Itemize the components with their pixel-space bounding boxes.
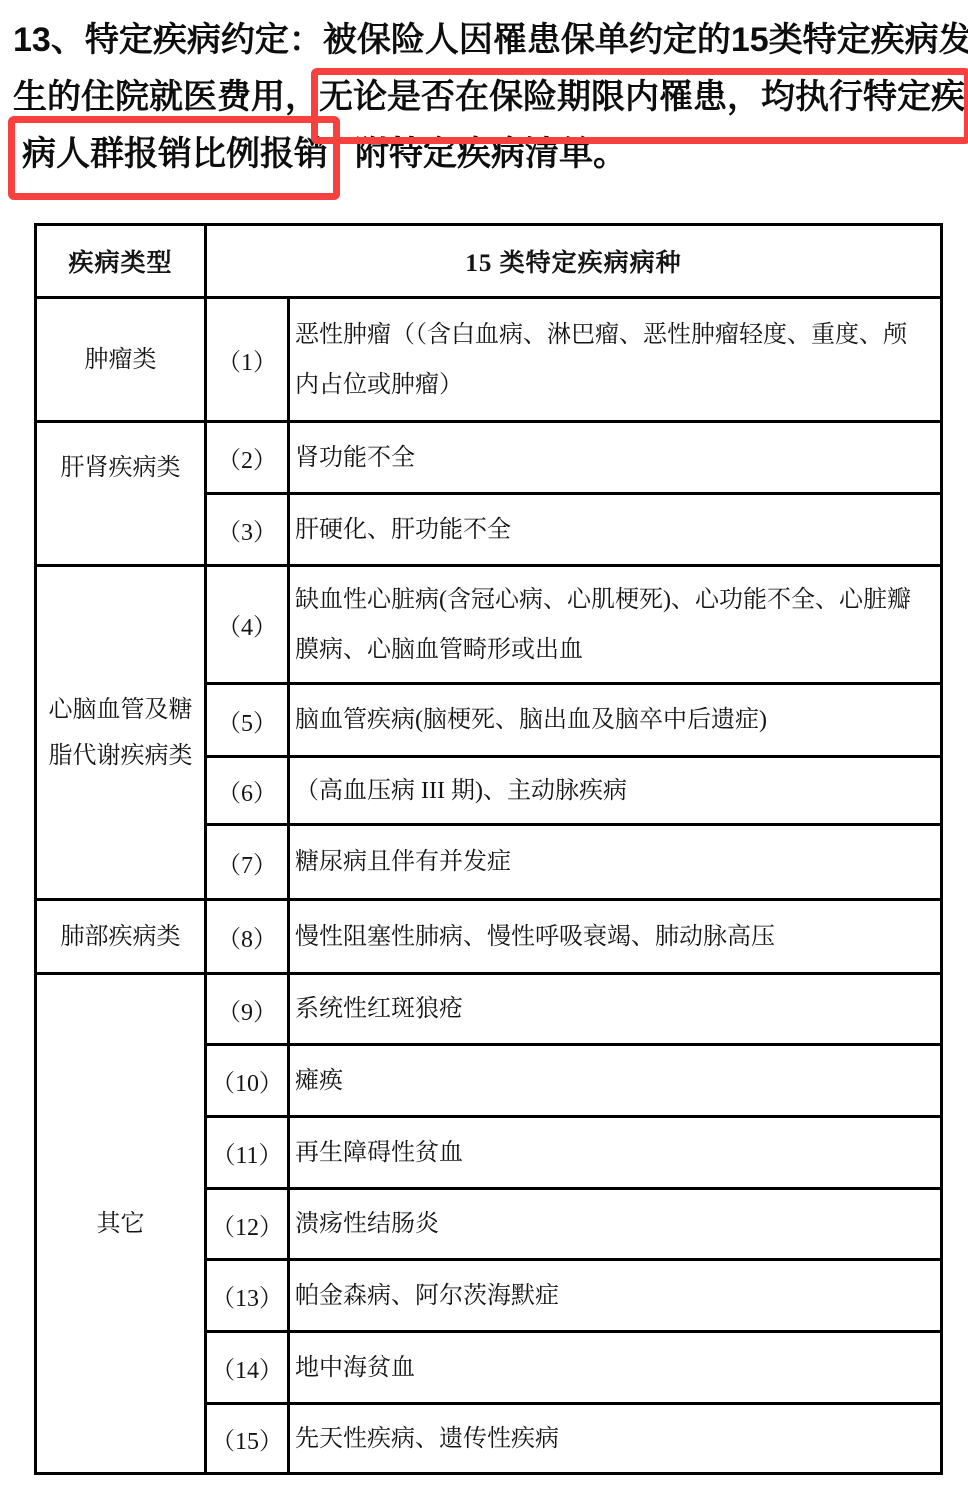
row-number: （5） bbox=[206, 684, 289, 757]
row-disease: 恶性肿瘤（（含白血病、淋巴瘤、恶性肿瘤轻度、重度、颅内占位或肿瘤） bbox=[289, 298, 942, 422]
row-disease: 系统性红斑狼疮 bbox=[289, 974, 942, 1045]
category-tumor: 肿瘤类 bbox=[36, 298, 206, 422]
specified-disease-table: 疾病类型 15 类特定疾病病种 肿瘤类 （1） 恶性肿瘤（（含白血病、淋巴瘤、恶… bbox=[34, 223, 943, 1475]
category-other: 其它 bbox=[36, 974, 206, 1474]
clause-line-1-text: 13、特定疾病约定：被保险人因罹患保单约定的15类特定疾病发 bbox=[13, 21, 968, 59]
row-disease: 先天性疾病、遗传性疾病 bbox=[289, 1404, 942, 1474]
table-header-row: 疾病类型 15 类特定疾病病种 bbox=[36, 225, 942, 298]
row-disease: 肾功能不全 bbox=[289, 422, 942, 494]
table-row: 心脑血管及糖脂代谢疾病类 （4） 缺血性心脏病(含冠心病、心肌梗死)、心功能不全… bbox=[36, 566, 942, 684]
row-number: （3） bbox=[206, 494, 289, 566]
row-number: （6） bbox=[206, 757, 289, 825]
row-number: （12） bbox=[206, 1189, 289, 1260]
table-row: 肺部疾病类 （8） 慢性阻塞性肺病、慢性呼吸衰竭、肺动脉高压 bbox=[36, 900, 942, 974]
row-number: （9） bbox=[206, 974, 289, 1045]
row-disease: 溃疡性结肠炎 bbox=[289, 1189, 942, 1260]
clause-line-3: 病人群报销比例报销附特定疾病清单。 bbox=[13, 126, 963, 183]
row-disease: 脑血管疾病(脑梗死、脑出血及脑卒中后遗症) bbox=[289, 684, 942, 757]
row-number: （10） bbox=[206, 1045, 289, 1117]
category-lung: 肺部疾病类 bbox=[36, 900, 206, 974]
table-row: 其它 （9） 系统性红斑狼疮 bbox=[36, 974, 942, 1045]
row-number: （2） bbox=[206, 422, 289, 494]
row-number: （4） bbox=[206, 566, 289, 684]
row-number: （14） bbox=[206, 1332, 289, 1404]
table-row: 肝肾疾病类 （2） 肾功能不全 bbox=[36, 422, 942, 494]
row-number: （7） bbox=[206, 825, 289, 900]
row-disease: （高血压病 III 期)、主动脉疾病 bbox=[289, 757, 942, 825]
row-number: （11） bbox=[206, 1117, 289, 1189]
clause-line-2: 生的住院就医费用，无论是否在保险期限内罹患，均执行特定疾 bbox=[13, 69, 963, 126]
row-number: （8） bbox=[206, 900, 289, 974]
row-number: （1） bbox=[206, 298, 289, 422]
row-disease: 肝硬化、肝功能不全 bbox=[289, 494, 942, 566]
category-liver-kidney: 肝肾疾病类 bbox=[36, 422, 206, 566]
clause-line-3-highlighted: 病人群报销比例报销 bbox=[22, 126, 328, 183]
clause-line-2-highlighted: 无论是否在保险期限内罹患，均执行特定疾 bbox=[319, 78, 965, 116]
row-disease: 慢性阻塞性肺病、慢性呼吸衰竭、肺动脉高压 bbox=[289, 900, 942, 974]
clause-line-3-rest: 附特定疾病清单。 bbox=[355, 126, 627, 183]
clause-line-2-plain: 生的住院就医费用， bbox=[13, 78, 319, 116]
row-disease: 帕金森病、阿尔茨海默症 bbox=[289, 1260, 942, 1332]
table-row: 肿瘤类 （1） 恶性肿瘤（（含白血病、淋巴瘤、恶性肿瘤轻度、重度、颅内占位或肿瘤… bbox=[36, 298, 942, 422]
row-number: （15） bbox=[206, 1404, 289, 1474]
clause-line-1: 13、特定疾病约定：被保险人因罹患保单约定的15类特定疾病发 bbox=[13, 12, 963, 69]
clause-paragraph: 13、特定疾病约定：被保险人因罹患保单约定的15类特定疾病发 生的住院就医费用，… bbox=[13, 12, 963, 183]
row-disease: 再生障碍性贫血 bbox=[289, 1117, 942, 1189]
row-disease: 瘫痪 bbox=[289, 1045, 942, 1117]
row-disease: 缺血性心脏病(含冠心病、心肌梗死)、心功能不全、心脏瓣膜病、心脑血管畸形或出血 bbox=[289, 566, 942, 684]
header-disease-type: 疾病类型 bbox=[36, 225, 206, 298]
header-disease-list: 15 类特定疾病病种 bbox=[206, 225, 942, 298]
category-cardio-metabolic: 心脑血管及糖脂代谢疾病类 bbox=[36, 566, 206, 900]
row-disease: 糖尿病且伴有并发症 bbox=[289, 825, 942, 900]
row-disease: 地中海贫血 bbox=[289, 1332, 942, 1404]
row-number: （13） bbox=[206, 1260, 289, 1332]
